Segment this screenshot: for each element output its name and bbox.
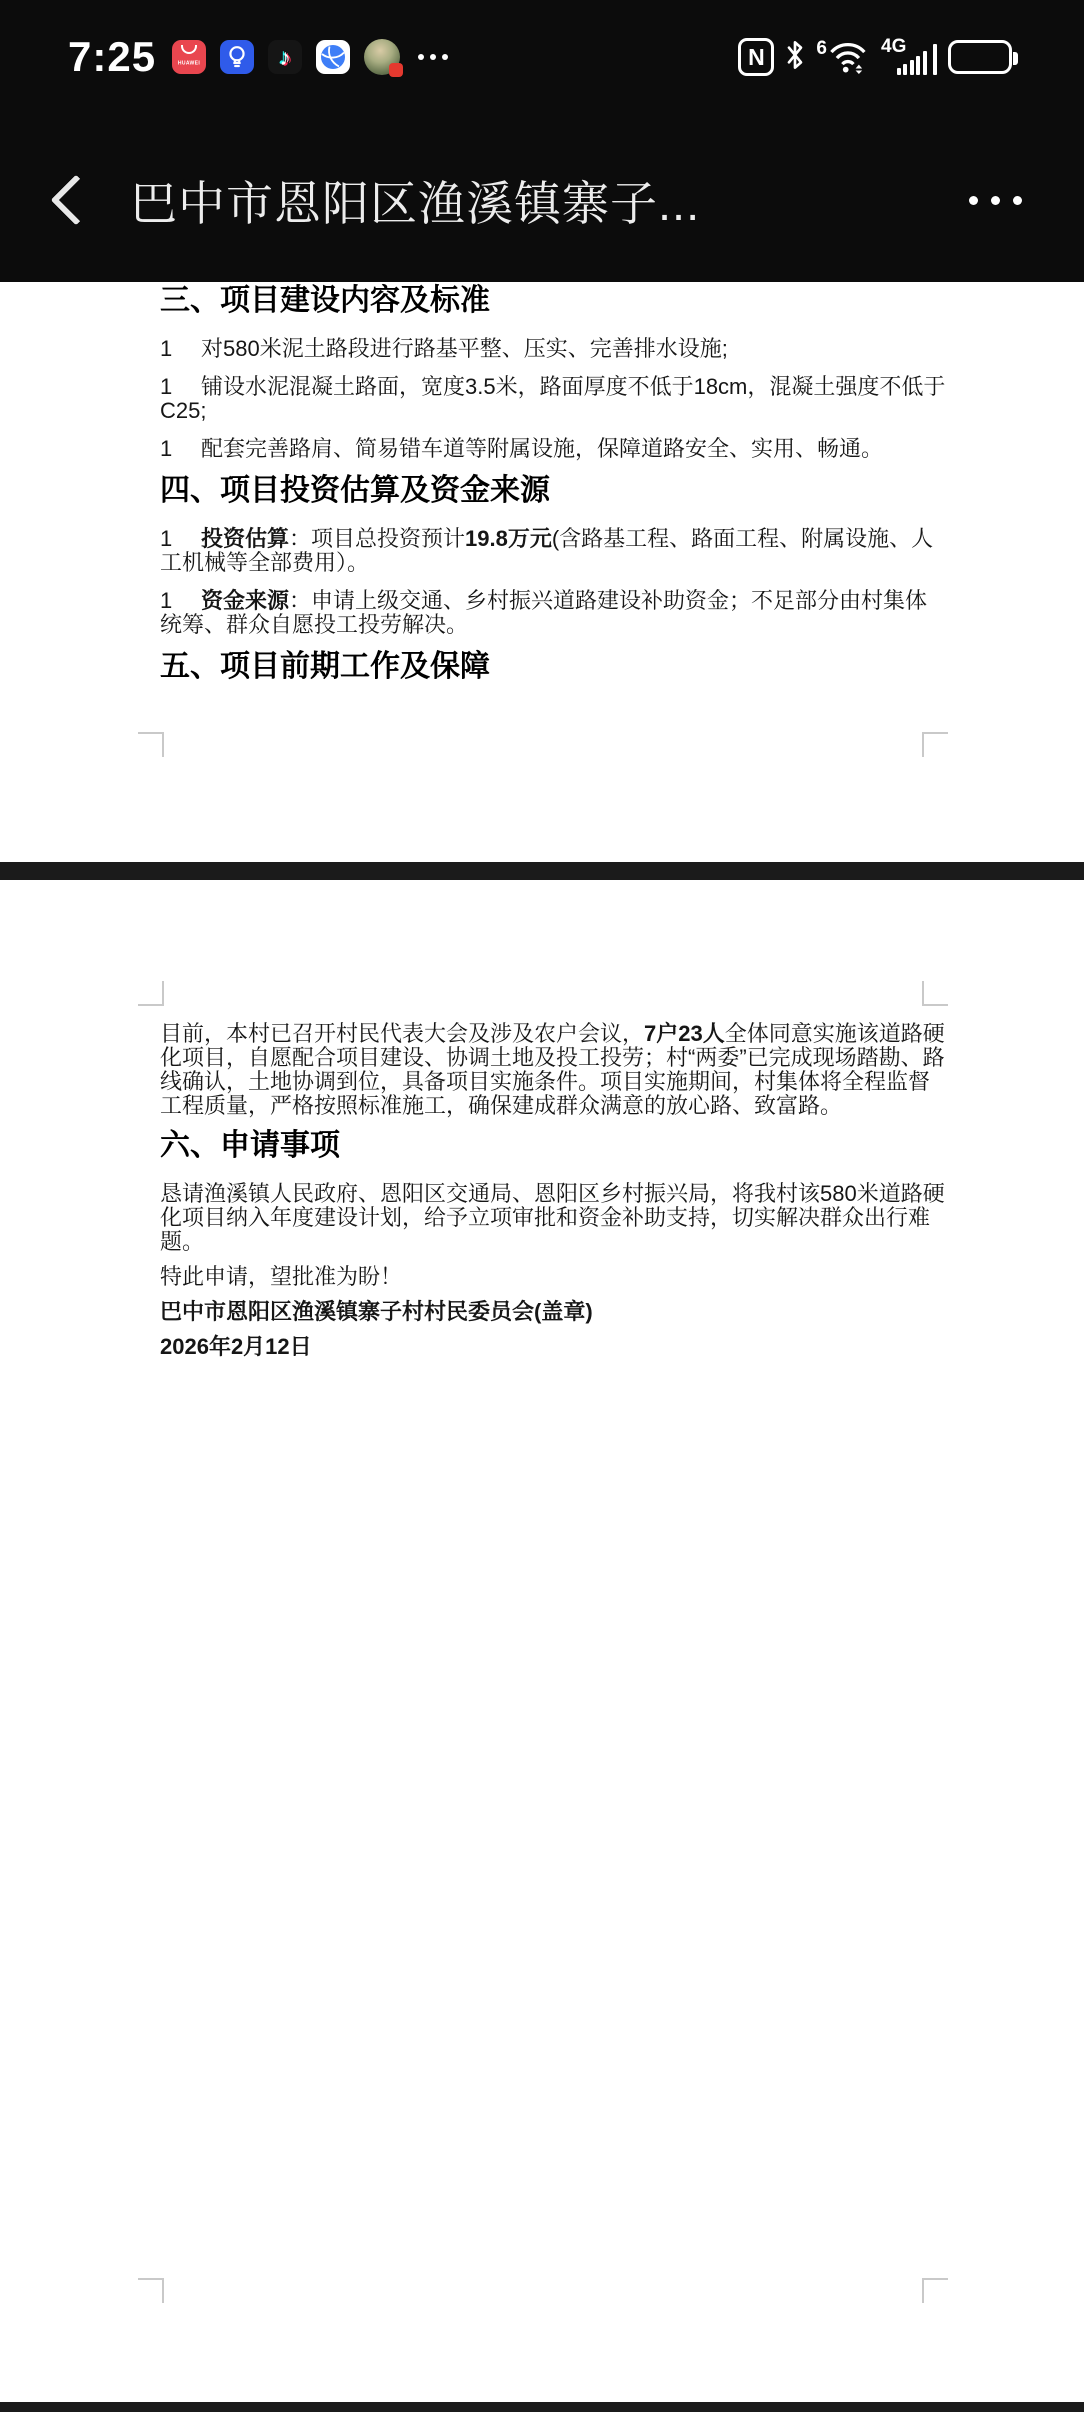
header: 7:25 HUAWEI [0, 0, 1084, 282]
section-4-heading: 四、项目投资估算及资金来源 [160, 475, 946, 507]
back-icon[interactable] [51, 175, 102, 226]
appgallery-label: HUAWEI [177, 61, 201, 66]
cellular-signal-icon: 4G [881, 38, 937, 76]
page2-bottom-left-margin-mark [138, 2278, 164, 2303]
bluetooth-icon [785, 39, 805, 76]
consent-paragraph: 目前，本村已召开村民代表大会及涉及农户会议，7户23人全体同意实施该道路硬化项目… [160, 1022, 946, 1118]
appgallery-icon: HUAWEI [172, 40, 206, 74]
invest-amount: 19.8万元 [465, 526, 552, 551]
wifi-arcs [828, 40, 870, 74]
battery-nub [1013, 52, 1018, 65]
bottom-page-gap [0, 2402, 1084, 2412]
date-line: 2026年2月12日 [160, 1335, 946, 1359]
system-status-icons: 6 4G [738, 38, 1012, 76]
consent-text: 目前，本村已召开村民代表大会及涉及农户会议， [160, 1021, 644, 1046]
list-marker: 1 [160, 437, 201, 461]
status-time: 7:25 [68, 36, 156, 78]
tiktok-icon [268, 40, 302, 74]
doc-title-bar: 巴中市恩阳区渔溪镇寨子... [0, 140, 1084, 260]
list-item: 1资金来源：申请上级交通、乡村振兴道路建设补助资金；不足部分由村集体统筹、群众自… [160, 589, 946, 637]
closing-line: 特此申请，望批准为盼！ [160, 1265, 946, 1289]
page1-bottom-right-margin-mark [922, 732, 948, 757]
signature-line: 巴中市恩阳区渔溪镇寨子村村民委员会(盖章) [160, 1300, 946, 1324]
list-item: 1配套完善路肩、简易错车道等附属设施，保障道路安全、实用、畅通。 [160, 437, 946, 461]
page1-bottom-left-margin-mark [138, 732, 164, 757]
list-marker: 1 [160, 375, 201, 399]
more-notifications-icon [418, 54, 448, 60]
section-6-heading: 六、申请事项 [160, 1130, 946, 1162]
list-item-text: 配套完善路肩、简易错车道等附属设施，保障道路安全、实用、畅通。 [201, 436, 883, 461]
wifi-standard-label: 6 [816, 40, 827, 58]
page2-top-left-margin-mark [138, 981, 164, 1006]
page2-bottom-right-margin-mark [922, 2278, 948, 2303]
notification-icons: HUAWEI [172, 39, 448, 75]
list-item: 1投资估算：项目总投资预计19.8万元(含路基工程、路面工程、附属设施、人工机械… [160, 527, 946, 575]
list-marker: 1 [160, 527, 201, 551]
page2-top-right-margin-mark [922, 981, 948, 1006]
document-title: 巴中市恩阳区渔溪镇寨子... [130, 167, 700, 234]
funding-label: 资金来源 [201, 588, 289, 613]
tips-bulb-icon [220, 40, 254, 74]
section-5-heading: 五、项目前期工作及保障 [160, 651, 946, 683]
phone-screen: { "status_bar": { "time": "7:25", "appga… [0, 0, 1084, 2412]
consent-count: 7户23人 [644, 1021, 725, 1046]
list-item: 1对580米泥土路段进行路基平整、压实、完善排水设施; [160, 337, 946, 361]
bulb-glyph [226, 45, 248, 69]
battery-icon [948, 40, 1012, 74]
list-marker: 1 [160, 589, 201, 613]
list-item-text: 铺设水泥混凝土路面，宽度3.5米，路面厚度不低于18cm，混凝土强度不低于C25… [160, 374, 945, 423]
wifi-icon: 6 [816, 40, 870, 74]
browser-icon [316, 40, 350, 74]
list-item-text: 对580米泥土路段进行路基平整、压实、完善排水设施; [201, 336, 728, 361]
globe-glyph [319, 43, 347, 71]
signal-bars [897, 44, 938, 75]
avatar-notification-icon [364, 39, 400, 75]
nfc-icon [738, 38, 774, 76]
document-page-1: 三、项目建设内容及标准 1对580米泥土路段进行路基平整、压实、完善排水设施; … [160, 285, 946, 703]
avatar-badge [389, 63, 403, 77]
invest-text: ：项目总投资预计 [289, 526, 465, 551]
invest-label: 投资估算 [201, 526, 289, 551]
document-page-2: 目前，本村已召开村民代表大会及涉及农户会议，7户23人全体同意实施该道路硬化项目… [160, 1022, 946, 1370]
more-menu-icon[interactable] [969, 196, 1022, 205]
status-bar[interactable]: 7:25 HUAWEI [0, 36, 1084, 78]
request-paragraph: 恳请渔溪镇人民政府、恩阳区交通局、恩阳区乡村振兴局，将我村该580米道路硬化项目… [160, 1182, 946, 1254]
section-3-heading: 三、项目建设内容及标准 [160, 285, 946, 317]
page-break-gap [0, 862, 1084, 880]
list-marker: 1 [160, 337, 201, 361]
list-item: 1铺设水泥混凝土路面，宽度3.5米，路面厚度不低于18cm，混凝土强度不低于C2… [160, 375, 946, 423]
